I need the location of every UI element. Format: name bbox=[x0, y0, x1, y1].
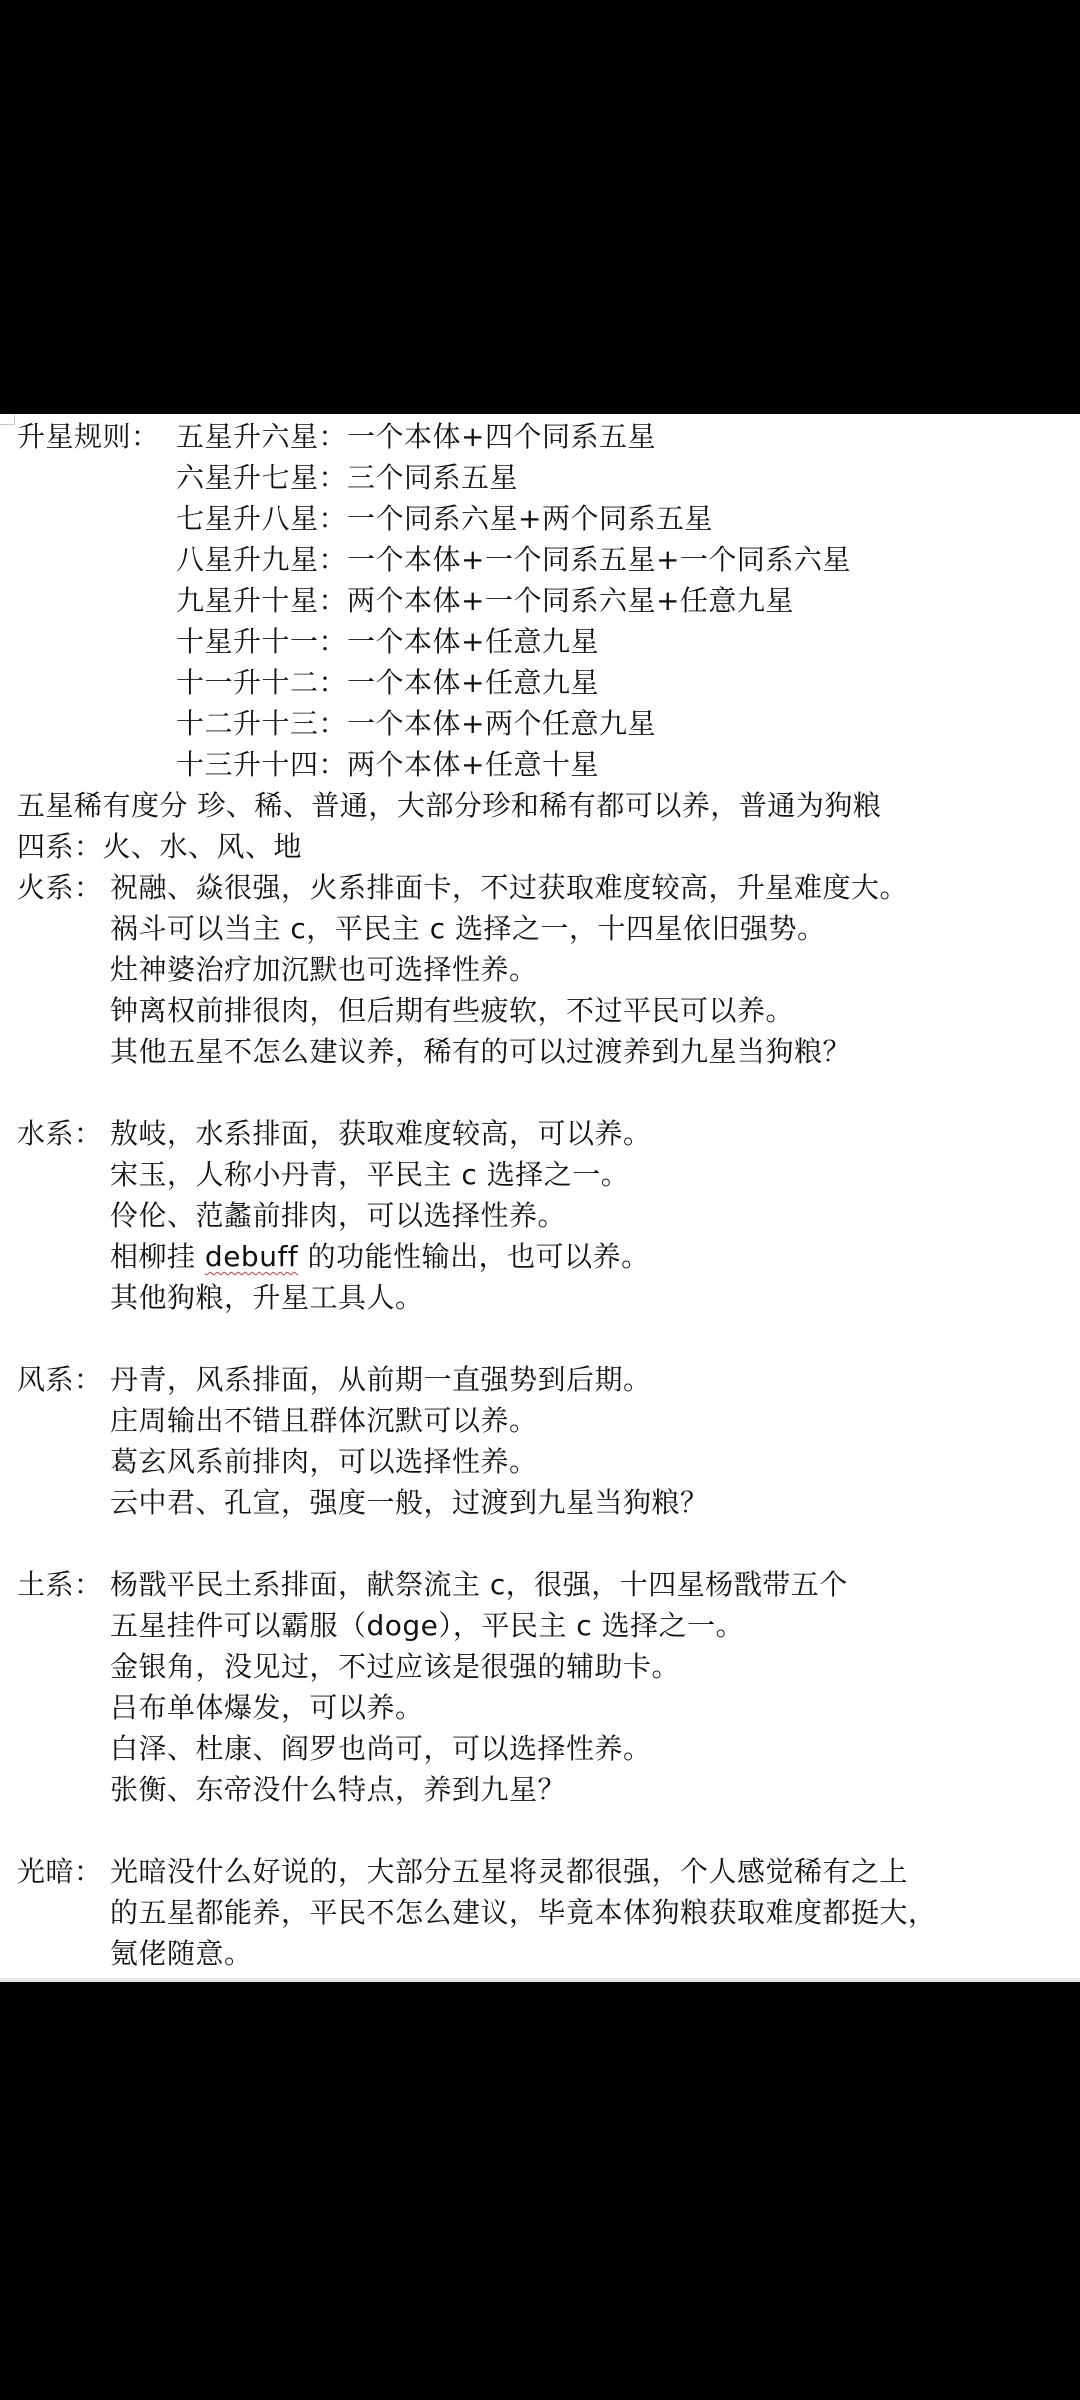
earth-text: 张衡、东帝没什么特点，养到九星？ bbox=[110, 1769, 566, 1810]
earth-text: 五星挂件可以霸服（doge），平民主 c 选择之一。 bbox=[110, 1605, 744, 1646]
rule-text: 十三升十四：两个本体+任意十星 bbox=[176, 744, 599, 785]
rule-text: 十星升十一：一个本体+任意九星 bbox=[176, 621, 599, 662]
lightdark-text: 的五星都能养，平民不怎么建议，毕竟本体狗粮获取难度都挺大， bbox=[110, 1892, 937, 1933]
rule-text: 六星升七星：三个同系五星 bbox=[176, 457, 518, 498]
fire-section-label: 火系： bbox=[17, 867, 103, 908]
rule-text: 五星升六星：一个本体+四个同系五星 bbox=[176, 416, 656, 457]
xiangliu-text: 相柳挂 bbox=[110, 1240, 196, 1273]
document-page: 升星规则： 五星升六星：一个本体+四个同系五星 六星升七星：三个同系五星 七星升… bbox=[0, 414, 1080, 1982]
rule-text: 七星升八星：一个同系六星+两个同系五星 bbox=[176, 498, 713, 539]
water-text: 宋玉，人称小丹青，平民主 c 选择之一。 bbox=[110, 1154, 629, 1195]
wind-text: 葛玄风系前排肉，可以选择性养。 bbox=[110, 1441, 538, 1482]
wind-section-label: 风系： bbox=[17, 1359, 103, 1400]
earth-text: 杨戬平民土系排面，献祭流主 c，很强，十四星杨戬带五个 bbox=[110, 1564, 848, 1605]
earth-text: 吕布单体爆发，可以养。 bbox=[110, 1687, 424, 1728]
fire-text: 灶神婆治疗加沉默也可选择性养。 bbox=[110, 949, 538, 990]
earth-section-label: 土系： bbox=[17, 1564, 103, 1605]
water-text: 敖岐，水系排面，获取难度较高，可以养。 bbox=[110, 1113, 652, 1154]
lightdark-section-label: 光暗： bbox=[17, 1851, 103, 1892]
fire-text: 其他五星不怎么建议养，稀有的可以过渡养到九星当狗粮？ bbox=[110, 1031, 851, 1072]
earth-text: 白泽、杜康、阎罗也尚可，可以选择性养。 bbox=[110, 1728, 652, 1769]
wind-text: 丹青，风系排面，从前期一直强势到后期。 bbox=[110, 1359, 652, 1400]
spellcheck-word-debuff[interactable]: debuff bbox=[205, 1240, 298, 1273]
rule-text: 十一升十二：一个本体+任意九星 bbox=[176, 662, 599, 703]
page-corner-mark bbox=[0, 414, 15, 425]
debuff-rest-text: 的功能性输出，也可以养。 bbox=[308, 1240, 650, 1273]
water-section-label: 水系： bbox=[17, 1113, 103, 1154]
wind-text: 云中君、孔宣，强度一般，过渡到九星当狗粮？ bbox=[110, 1482, 709, 1523]
water-text: 伶伦、范蠡前排肉，可以选择性养。 bbox=[110, 1195, 566, 1236]
lightdark-text: 光暗没什么好说的，大部分五星将灵都很强，个人感觉稀有之上 bbox=[110, 1851, 908, 1892]
water-text: 其他狗粮，升星工具人。 bbox=[110, 1277, 424, 1318]
rule-text: 十二升十三：一个本体+两个任意九星 bbox=[176, 703, 656, 744]
wind-text: 庄周输出不错且群体沉默可以养。 bbox=[110, 1400, 538, 1441]
rule-text: 八星升九星：一个本体+一个同系五星+一个同系六星 bbox=[176, 539, 851, 580]
fire-text: 钟离权前排很肉，但后期有些疲软，不过平民可以养。 bbox=[110, 990, 794, 1031]
earth-text: 金银角，没见过，不过应该是很强的辅助卡。 bbox=[110, 1646, 680, 1687]
elements-text: 四系：火、水、风、地 bbox=[17, 826, 302, 867]
rule-text: 九星升十星：两个本体+一个同系六星+任意九星 bbox=[176, 580, 794, 621]
rarity-text: 五星稀有度分 珍、稀、普通，大部分珍和稀有都可以养，普通为狗粮 bbox=[17, 785, 881, 826]
fire-text: 祝融、焱很强，火系排面卡，不过获取难度较高，升星难度大。 bbox=[110, 867, 908, 908]
fire-text: 祸斗可以当主 c，平民主 c 选择之一，十四星依旧强势。 bbox=[110, 908, 826, 949]
upgrade-rules-label: 升星规则： bbox=[17, 416, 160, 457]
lightdark-text: 氪佬随意。 bbox=[110, 1933, 253, 1974]
water-text: 相柳挂 debuff 的功能性输出，也可以养。 bbox=[110, 1236, 650, 1277]
